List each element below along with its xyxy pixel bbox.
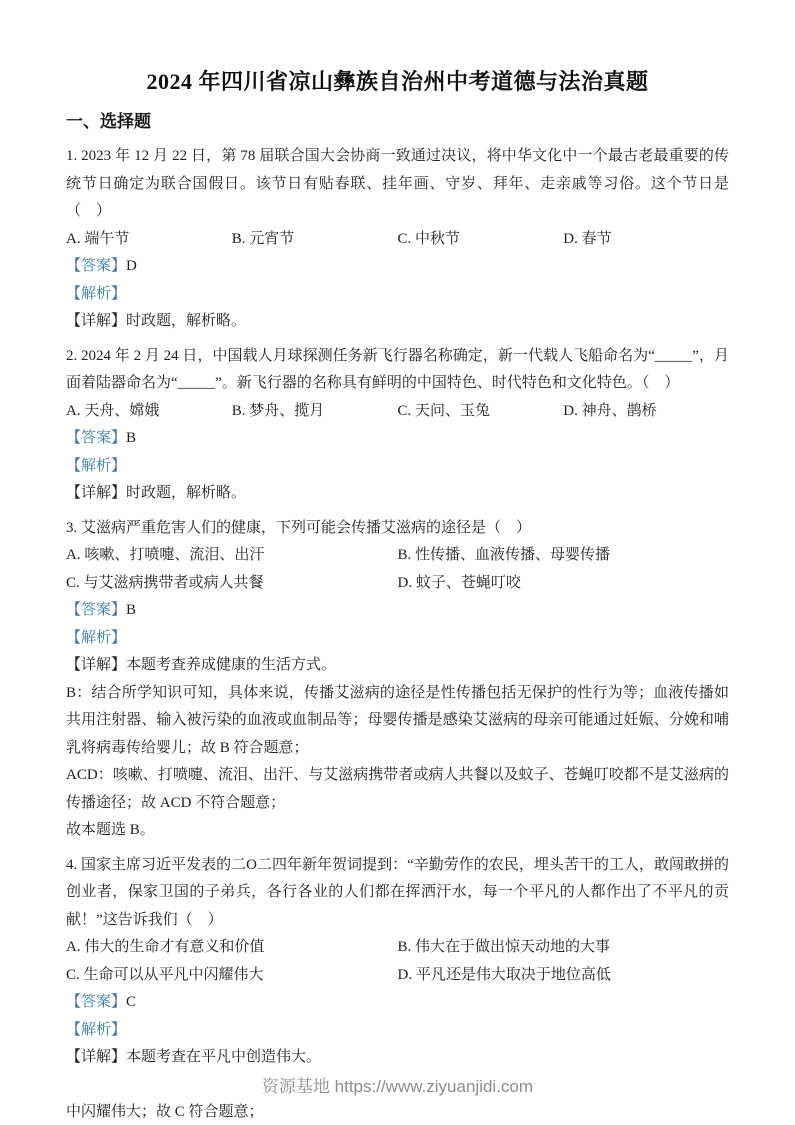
question-1-stem: 1. 2023 年 12 月 22 日，第 78 届联合国大会协商一致通过决议，… — [66, 143, 729, 226]
detail-text: 本题考查养成健康的生活方式。 — [126, 657, 336, 673]
detail-text: 本题考查在平凡中创造伟大。 — [126, 1049, 321, 1065]
question-4-stem: 4. 国家主席习近平发表的二O二四年新年贺词提到：“辛勤劳作的农民，埋头苦干的工… — [66, 852, 729, 935]
analysis-label: 【解析】 — [66, 630, 126, 646]
detail-text: 时政题，解析略。 — [126, 485, 246, 501]
question-1-analysis-line: 【解析】 — [66, 281, 729, 309]
question-3-detail-paragraph-b: B：结合所学知识可知，具体来说，传播艾滋病的途径是性传播包括无保护的性行为等；血… — [66, 680, 729, 763]
question-4-options: A. 伟大的生命才有意义和价值 B. 伟大在于做出惊天动地的大事 C. 生命可以… — [66, 934, 729, 989]
question-2-detail-line: 【详解】时政题，解析略。 — [66, 480, 729, 508]
question-2-analysis-line: 【解析】 — [66, 453, 729, 481]
answer-value: B — [126, 602, 136, 618]
question-2-answer-line: 【答案】B — [66, 425, 729, 453]
question-1-options: A. 端午节 B. 元宵节 C. 中秋节 D. 春节 — [66, 226, 729, 254]
question-4-analysis-line: 【解析】 — [66, 1017, 729, 1045]
question-3-answer-line: 【答案】B — [66, 597, 729, 625]
question-1-detail-line: 【详解】时政题，解析略。 — [66, 308, 729, 336]
detail-text: 时政题，解析略。 — [126, 313, 246, 329]
question-4-option-c: C. 生命可以从平凡中闪耀伟大 — [66, 962, 398, 990]
question-1-option-b: B. 元宵节 — [232, 226, 398, 254]
question-1-option-d: D. 春节 — [563, 226, 729, 254]
detail-label: 【详解】 — [66, 1049, 126, 1065]
question-3-detail-line: 【详解】本题考查养成健康的生活方式。 — [66, 652, 729, 680]
analysis-label: 【解析】 — [66, 1022, 126, 1038]
answer-label: 【答案】 — [66, 994, 126, 1010]
question-3-detail-conclusion: 故本题选 B。 — [66, 817, 729, 845]
detail-label: 【详解】 — [66, 313, 126, 329]
answer-label: 【答案】 — [66, 602, 126, 618]
question-3-options: A. 咳嗽、打喷嚏、流泪、出汗 B. 性传播、血液传播、母婴传播 C. 与艾滋病… — [66, 542, 729, 597]
question-1-option-c: C. 中秋节 — [398, 226, 564, 254]
question-2-stem: 2. 2024 年 2 月 24 日，中国载人月球探测任务新飞行器名称确定，新一… — [66, 343, 729, 398]
question-4-option-b: B. 伟大在于做出惊天动地的大事 — [398, 934, 730, 962]
analysis-label: 【解析】 — [66, 458, 126, 474]
question-3-detail-paragraph-acd: ACD：咳嗽、打喷嚏、流泪、出汗、与艾滋病携带者或病人共餐以及蚊子、苍蝇叮咬都不… — [66, 762, 729, 817]
question-4-answer-line: 【答案】C — [66, 989, 729, 1017]
question-3-stem: 3. 艾滋病严重危害人们的健康，下列可能会传播艾滋病的途径是（ ） — [66, 515, 729, 543]
answer-value: D — [126, 258, 137, 274]
answer-value: B — [126, 430, 136, 446]
question-2-option-d: D. 神舟、鹊桥 — [563, 398, 729, 426]
answer-label: 【答案】 — [66, 258, 126, 274]
question-2-options: A. 天舟、嫦娥 B. 梦舟、揽月 C. 天问、玉兔 D. 神舟、鹊桥 — [66, 398, 729, 426]
question-1: 1. 2023 年 12 月 22 日，第 78 届联合国大会协商一致通过决议，… — [66, 143, 729, 336]
question-2-option-b: B. 梦舟、揽月 — [232, 398, 398, 426]
footer-site-link[interactable]: 资源基地 https://www.ziyuanjidi.com — [0, 1075, 795, 1099]
detail-label: 【详解】 — [66, 657, 126, 673]
question-2: 2. 2024 年 2 月 24 日，中国载人月球探测任务新飞行器名称确定，新一… — [66, 343, 729, 508]
question-3-option-b: B. 性传播、血液传播、母婴传播 — [398, 542, 730, 570]
question-2-option-c: C. 天问、玉兔 — [398, 398, 564, 426]
question-3-option-c: C. 与艾滋病携带者或病人共餐 — [66, 570, 398, 598]
detail-label: 【详解】 — [66, 485, 126, 501]
question-1-option-a: A. 端午节 — [66, 226, 232, 254]
question-3-option-d: D. 蚊子、苍蝇叮咬 — [398, 570, 730, 598]
question-2-option-a: A. 天舟、嫦娥 — [66, 398, 232, 426]
question-1-answer-line: 【答案】D — [66, 253, 729, 281]
question-4-detail-line: 【详解】本题考查在平凡中创造伟大。 — [66, 1044, 729, 1072]
page-title: 2024 年四川省凉山彝族自治州中考道德与法治真题 — [66, 66, 729, 98]
question-3-option-a: A. 咳嗽、打喷嚏、流泪、出汗 — [66, 542, 398, 570]
section-heading: 一、选择题 — [66, 108, 729, 136]
question-3-analysis-line: 【解析】 — [66, 625, 729, 653]
analysis-label: 【解析】 — [66, 286, 126, 302]
question-4-option-a: A. 伟大的生命才有意义和价值 — [66, 934, 398, 962]
answer-value: C — [126, 994, 136, 1010]
answer-label: 【答案】 — [66, 430, 126, 446]
question-4-option-d: D. 平凡还是伟大取决于地位高低 — [398, 962, 730, 990]
question-3: 3. 艾滋病严重危害人们的健康，下列可能会传播艾滋病的途径是（ ） A. 咳嗽、… — [66, 515, 729, 845]
document-page: 2024 年四川省凉山彝族自治州中考道德与法治真题 一、选择题 1. 2023 … — [0, 0, 795, 1125]
